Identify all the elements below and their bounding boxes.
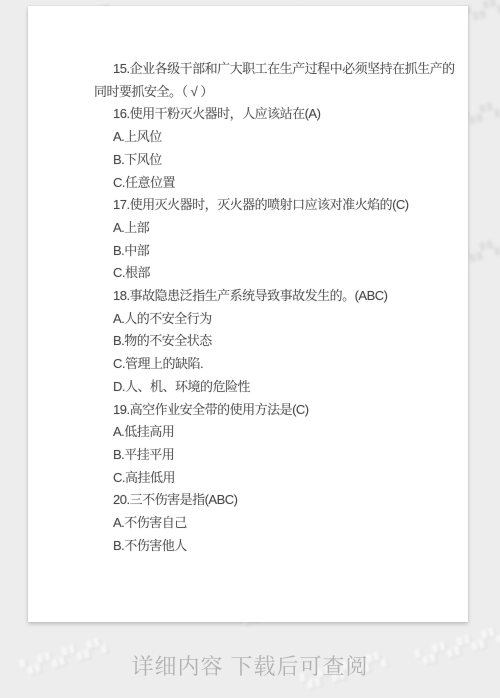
document-line: B.物的不安全状态 xyxy=(94,330,442,353)
document-line: C.根部 xyxy=(94,262,442,285)
document-line: B.下风位 xyxy=(94,149,442,172)
document-line: B.不伤害他人 xyxy=(94,535,442,558)
document-line: C.高挂低用 xyxy=(94,467,442,490)
document-line: 20.三不伤害是指(ABC) xyxy=(94,489,442,512)
document-line: B.平挂平用 xyxy=(94,444,442,467)
page-background: ▚▞▚▞▚▞▚▚▞▚▞▚▞▚▚▞▚▞▚▞▚▚▞▚▞▚▞▚▚▞▚▞▚▞▚▚▞▚▞▚… xyxy=(0,0,500,698)
document-line: B.中部 xyxy=(94,240,442,263)
download-hint-text: 详细内容 下载后可查阅 xyxy=(0,650,500,681)
document-sheet: 15.企业各级干部和广大职工在生产过程中必须坚持在抓生产的同时要抓安全。（ √ … xyxy=(28,6,468,622)
document-line: 15.企业各级干部和广大职工在生产过程中必须坚持在抓生产的 xyxy=(94,58,442,81)
document-line: 19.高空作业安全带的使用方法是(C) xyxy=(94,399,442,422)
document-line: C.任意位置 xyxy=(94,172,442,195)
document-line: A.人的不安全行为 xyxy=(94,308,442,331)
document-line: A.低挂高用 xyxy=(94,421,442,444)
document-line-continuation: 同时要抓安全。（ √ ） xyxy=(94,81,442,104)
document-line: 16.使用干粉灭火器时，人应该站在(A) xyxy=(94,103,442,126)
document-line: D.人、机、环境的危险性 xyxy=(94,376,442,399)
document-line: 18.事故隐患泛指生产系统导致事故发生的。(ABC) xyxy=(94,285,442,308)
document-line: A.上风位 xyxy=(94,126,442,149)
document-line: C.管理上的缺陷. xyxy=(94,353,442,376)
document-line: 17.使用灭火器时，灭火器的喷射口应该对准火焰的(C) xyxy=(94,194,442,217)
document-line: A.上部 xyxy=(94,217,442,240)
document-line: A.不伤害自己 xyxy=(94,512,442,535)
document-content: 15.企业各级干部和广大职工在生产过程中必须坚持在抓生产的同时要抓安全。（ √ … xyxy=(94,58,442,557)
